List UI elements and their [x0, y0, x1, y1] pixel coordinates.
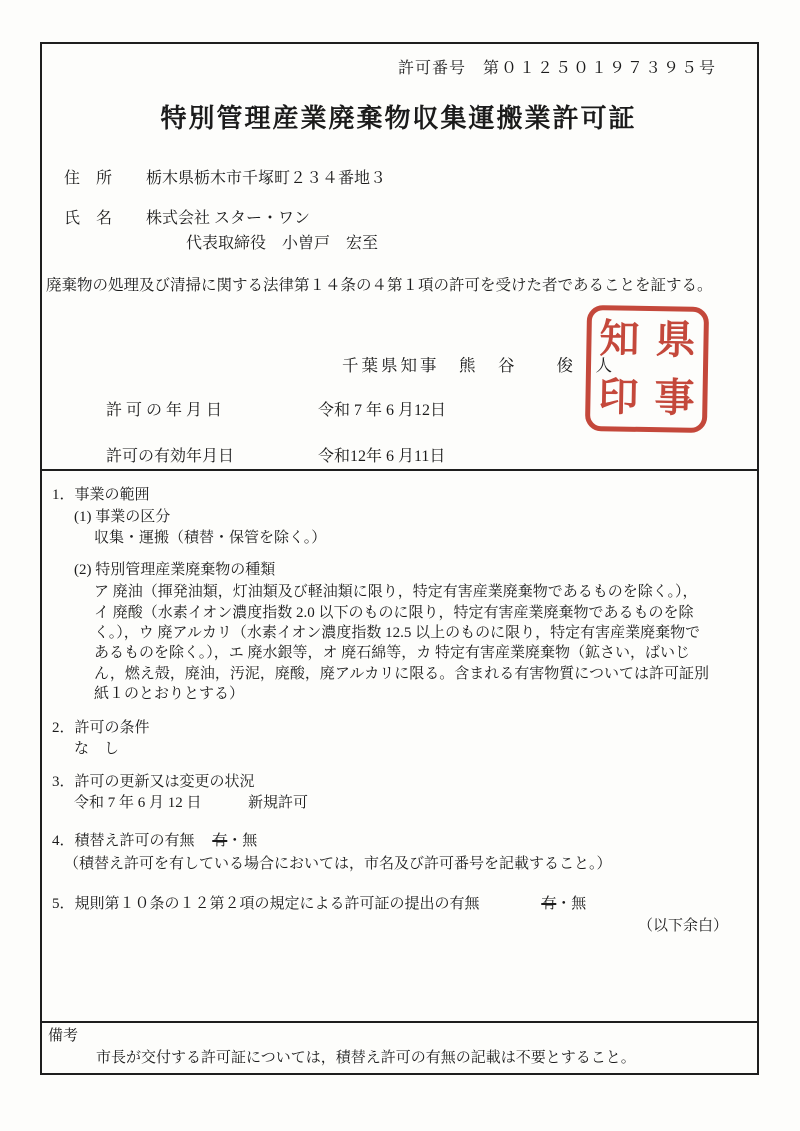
waste-kinds-line: く。），ウ 廃アルカリ（水素イオン濃度指数 12.5 以上のものに限り，特定有害…: [94, 626, 700, 641]
document-title: 特別管理産業廃棄物収集運搬業許可証: [40, 106, 757, 132]
item3-date: 令和 7 年 6 月 12 日: [74, 796, 202, 811]
remarks-divider-line: [40, 1021, 757, 1023]
header-divider-line: [40, 469, 757, 471]
item5-title: 5．規則第１０条の１２第２項の規定による許可証の提出の有無: [52, 896, 480, 912]
address-value: 栃木県栃木市千塚町２３４番地３: [146, 171, 386, 187]
seal-character: 印: [598, 377, 639, 418]
expiry-date-label: 許可の有効年月日: [106, 449, 234, 465]
item4-option-ari: 有: [212, 833, 227, 849]
item4-note: （積替え許可を有している場合においては，市名及び許可番号を記載すること。）: [64, 857, 612, 872]
permit-number-value: 第０１２５０１９７３９５号: [483, 60, 717, 77]
representative-name: 代表取締役 小曽戸 宏至: [186, 236, 378, 252]
waste-kinds-line: ん，燃え殻，廃油，汚泥，廃酸，廃アルカリに限る。含まれる有害物質については許可証…: [94, 667, 709, 682]
blank-below-note: （以下余白）: [638, 919, 728, 934]
waste-kinds-line: 紙１のとおりとする）: [94, 687, 244, 702]
address-label: 住 所: [64, 171, 112, 187]
item4-title: 4．積替え許可の有無: [52, 833, 195, 849]
item5-option-ari: 有: [541, 896, 556, 912]
item4-options: 有・無: [212, 833, 257, 849]
remarks-label: 備考: [48, 1029, 78, 1044]
company-name: 株式会社 スター・ワン: [146, 211, 310, 227]
permit-date-value: 令和 7 年 6 月12日: [318, 403, 446, 419]
permit-certificate-page: 許可番号 第０１２５０１９７３９５号 特別管理産業廃棄物収集運搬業許可証 住 所…: [0, 0, 800, 1131]
item1-sub1-value: 収集・運搬（積替・保管を除く。）: [94, 531, 326, 546]
item5-options: 有・無: [541, 896, 586, 912]
seal-character: 知: [599, 319, 640, 360]
item2-value: な し: [74, 742, 119, 757]
waste-kinds-line: イ 廃酸（水素イオン濃度指数 2.0 以下のものに限り，特定有害産業廃棄物である…: [94, 606, 694, 621]
issuer-governor-name: 千葉県知事 熊 谷 俊 人: [342, 358, 615, 375]
item4-line: 4．積替え許可の有無 有・無: [52, 834, 257, 849]
governor-seal-stamp: 県 知 事 印: [585, 305, 709, 433]
permit-date-label: 許 可 の 年 月 日: [106, 403, 222, 419]
item5-line: 5．規則第１０条の１２第２項の規定による許可証の提出の有無 有・無: [52, 897, 586, 912]
item3-title: 3．許可の更新又は変更の状況: [52, 775, 255, 790]
name-label: 氏 名: [64, 211, 112, 227]
item3-value: 新規許可: [248, 796, 308, 811]
waste-kinds-line: あるものを除く。），エ 廃水銀等，オ 廃石綿等，カ 特定有害産業廃棄物（鉱さい，…: [94, 646, 690, 661]
expiry-date-value: 令和12年 6 月11日: [318, 449, 445, 465]
waste-kinds-line: ア 廃油（揮発油類，灯油類及び軽油類に限り，特定有害産業廃棄物であるものを除く。…: [94, 585, 697, 600]
seal-character: 事: [654, 378, 695, 419]
item1-sub1-title: (1) 事業の区分: [74, 510, 170, 525]
item1-sub2-title: (2) 特別管理産業廃棄物の種類: [74, 563, 275, 578]
permit-number-line: 許可番号 第０１２５０１９７３９５号: [398, 61, 717, 77]
item4-option-nashi: ・無: [227, 833, 257, 849]
permit-number-label: 許可番号: [398, 60, 466, 77]
certification-statement: 廃棄物の処理及び清掃に関する法律第１４条の４第１項の許可を受けた者であることを証…: [46, 278, 713, 294]
seal-character: 県: [655, 320, 696, 361]
item5-option-nashi: ・無: [556, 896, 586, 912]
remarks-text: 市長が交付する許可証については，積替え許可の有無の記載は不要とすること。: [96, 1051, 636, 1066]
item1-title: 1．事業の範囲: [52, 488, 150, 503]
item2-title: 2．許可の条件: [52, 721, 150, 736]
